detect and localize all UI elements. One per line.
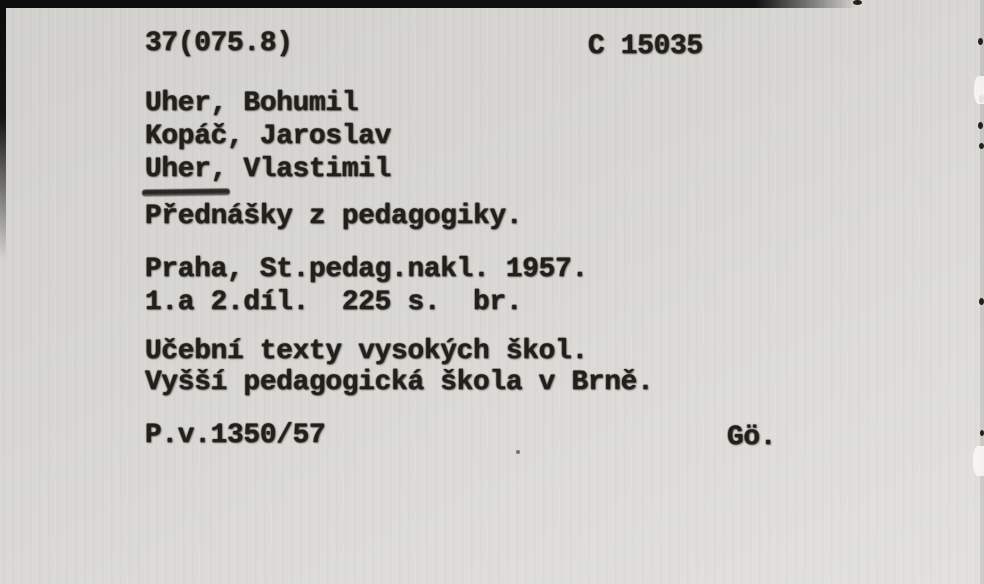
call-number: C 15035 bbox=[588, 33, 703, 61]
scan-speck bbox=[853, 0, 862, 5]
series-line-2: Vyšší pedagogická škola v Brně. bbox=[145, 369, 654, 397]
author-line-2: Kopáč, Jaroslav bbox=[145, 123, 391, 151]
scan-speck bbox=[979, 143, 984, 149]
title-line: Přednášky z pedagogiky. bbox=[145, 203, 522, 231]
imprint-line-2: 1.a 2.díl. 225 s. br. bbox=[145, 289, 522, 317]
author-underline bbox=[142, 188, 230, 196]
scan-speck bbox=[979, 298, 984, 305]
scan-edge-top bbox=[0, 0, 858, 8]
scan-speck bbox=[980, 430, 984, 436]
catalog-card: 37(075.8) C 15035 Uher, Bohumil Kopáč, J… bbox=[0, 0, 984, 584]
cataloguer-initials: Gö. bbox=[727, 424, 776, 452]
imprint-line-1: Praha, St.pedag.nakl. 1957. bbox=[145, 256, 588, 284]
series-line-1: Učební texty vysokých škol. bbox=[145, 338, 588, 366]
scan-speck bbox=[978, 122, 983, 129]
scan-light-patch bbox=[974, 76, 984, 104]
scan-speck bbox=[978, 38, 983, 45]
scan-speck bbox=[516, 450, 520, 454]
author-line-1: Uher, Bohumil bbox=[145, 90, 358, 118]
scan-edge-left bbox=[0, 0, 6, 260]
author-line-3: Uher, Vlastimil bbox=[145, 156, 391, 184]
scan-light-patch bbox=[973, 446, 984, 476]
accession-number: P.v.1350/57 bbox=[145, 422, 325, 450]
classification-number: 37(075.8) bbox=[145, 30, 293, 58]
